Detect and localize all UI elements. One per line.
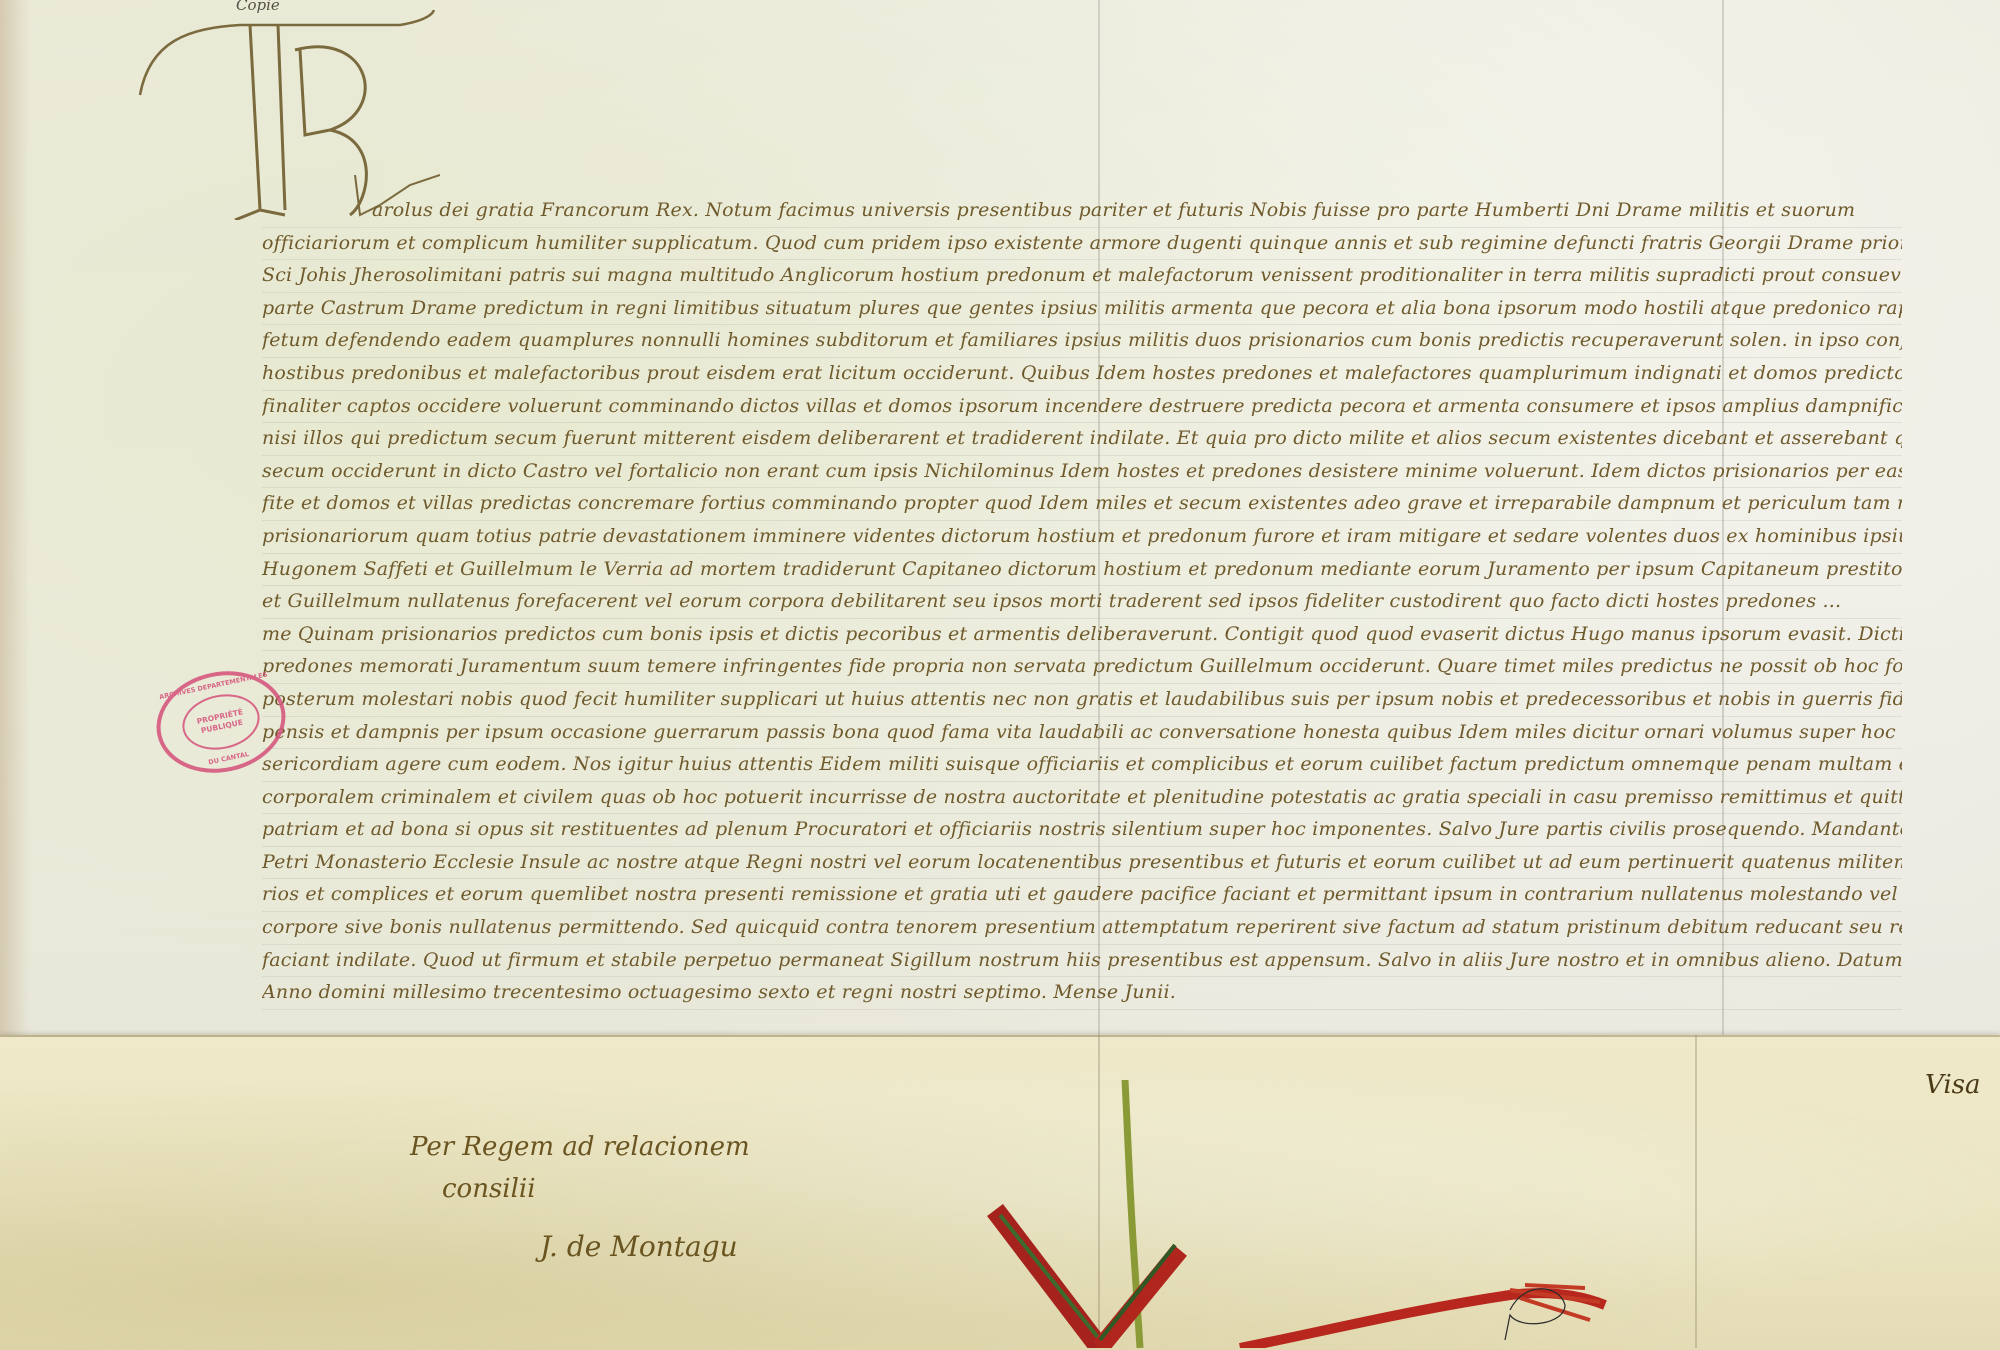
secretary-signature: J. de Montagu <box>540 1230 750 1263</box>
text-line: secum occiderunt in dicto Castro vel for… <box>262 456 1902 489</box>
text-line: finaliter captos occidere voluerunt comm… <box>262 391 1902 424</box>
seal-cords <box>950 1040 1650 1348</box>
chancery-mention: Per Regem ad relacionem consilii J. de M… <box>400 1132 750 1263</box>
visa-annotation: Visa <box>1925 1070 1980 1100</box>
text-line: et Guillelmum nullatenus forefacerent ve… <box>262 586 1902 619</box>
chancery-line-per-regem: Per Regem ad relacionem <box>410 1132 750 1162</box>
text-line: rios et complices et eorum quemlibet nos… <box>262 879 1902 912</box>
text-line: Hugonem Saffeti et Guillelmum le Verria … <box>262 554 1902 587</box>
text-line: Sci Johis Jherosolimitani patris sui mag… <box>262 260 1902 293</box>
text-line: arolus dei gratia Francorum Rex. Notum f… <box>262 195 1902 228</box>
charter-text: arolus dei gratia Francorum Rex. Notum f… <box>262 195 1902 1010</box>
text-line: sericordiam agere cum eodem. Nos igitur … <box>262 749 1902 782</box>
text-line: posterum molestari nobis quod fecit humi… <box>262 684 1902 717</box>
text-line: me Quinam prisionarios predictos cum bon… <box>262 619 1902 652</box>
text-line: predones memorati Juramentum suum temere… <box>262 651 1902 684</box>
text-line: faciant indilate. Quod ut firmum et stab… <box>262 945 1902 978</box>
decorated-initial-kr <box>110 10 440 220</box>
text-line: corporalem criminalem et civilem quas ob… <box>262 782 1902 815</box>
chancery-line-consilii: consilii <box>442 1174 750 1204</box>
text-line: fite et domos et villas predictas concre… <box>262 488 1902 521</box>
text-line: officiariorum et complicum humiliter sup… <box>262 228 1902 261</box>
text-line: patriam et ad bona si opus sit restituen… <box>262 814 1902 847</box>
text-line: nisi illos qui predictum secum fuerunt m… <box>262 423 1902 456</box>
text-line: prisionariorum quam totius patrie devast… <box>262 521 1902 554</box>
plica-crease-right <box>1695 1035 1697 1348</box>
text-line: fetum defendendo eadem quamplures nonnul… <box>262 325 1902 358</box>
text-line: parte Castrum Drame predictum in regni l… <box>262 293 1902 326</box>
text-line: pensis et dampnis per ipsum occasione gu… <box>262 717 1902 750</box>
text-line: hostibus predonibus et malefactoribus pr… <box>262 358 1902 391</box>
text-line: Petri Monasterio Ecclesie Insule ac nost… <box>262 847 1902 880</box>
green-strand-left <box>1000 1215 1100 1340</box>
stamp-center: PROPRIÉTÉ PUBLIQUE <box>177 687 265 756</box>
text-line: Anno domini millesimo trecentesimo octua… <box>262 977 1902 1010</box>
text-line: corpore sive bonis nullatenus permittend… <box>262 912 1902 945</box>
